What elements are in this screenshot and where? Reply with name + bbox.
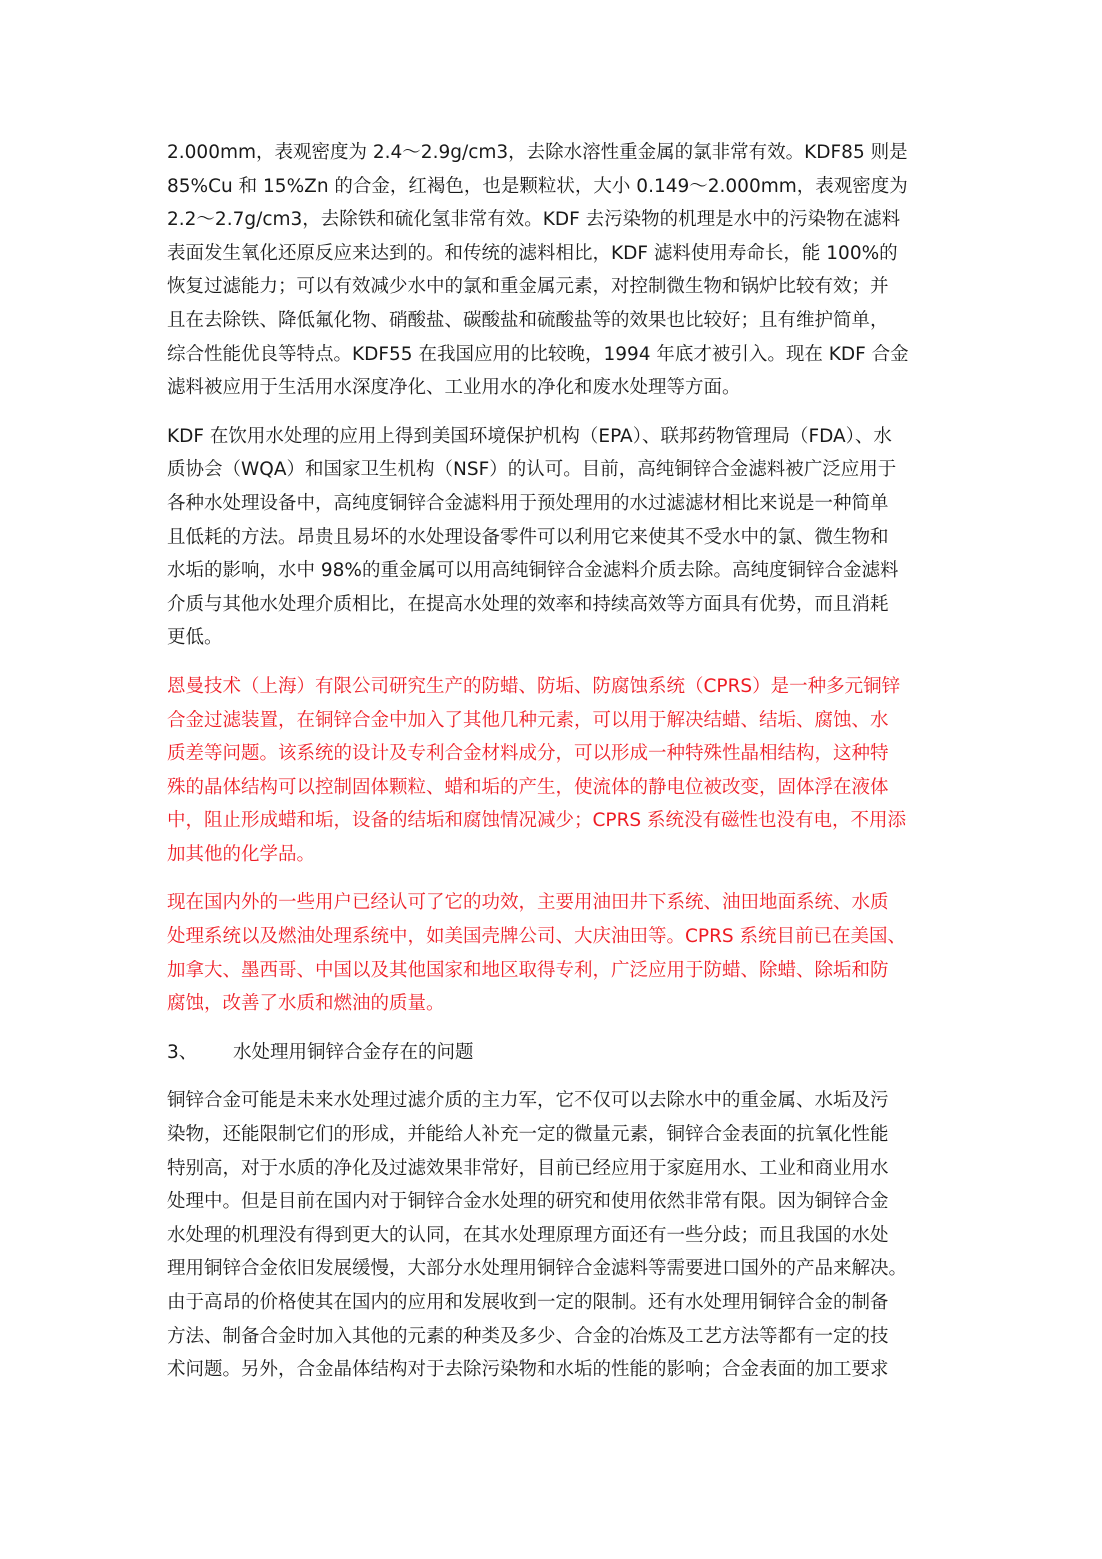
text-line: 且低耗的方法。昂贵且易坏的水处理设备零件可以利用它来使其不受水中的氯、微生物和 xyxy=(167,521,939,555)
text-line: 铜锌合金可能是未来水处理过滤介质的主力军，它不仅可以去除水中的重金属、水垢及污 xyxy=(167,1084,939,1118)
text-line: 合金过滤装置，在铜锌合金中加入了其他几种元素，可以用于解决结蜡、结垢、腐蚀、水 xyxy=(167,704,939,738)
text-line: 术问题。另外，合金晶体结构对于去除污染物和水垢的性能的影响；合金表面的加工要求 xyxy=(167,1353,939,1387)
document-page: 2.000mm，表观密度为 2.4～2.9g/cm3，去除水溶性重金属的氯非常有… xyxy=(167,136,939,1402)
text-line: 现在国内外的一些用户已经认可了它的功效，主要用油田井下系统、油田地面系统、水质 xyxy=(167,886,939,920)
text-line: 且在去除铁、降低氟化物、硝酸盐、碳酸盐和硫酸盐等的效果也比较好；且有维护简单， xyxy=(167,304,939,338)
text-line: 85%Cu 和 15%Zn 的合金，红褐色，也是颗粒状，大小 0.149～2.0… xyxy=(167,170,939,204)
text-line: 理用铜锌合金依旧发展缓慢，大部分水处理用铜锌合金滤料等需要进口国外的产品来解决。 xyxy=(167,1252,939,1286)
text-line: 染物，还能限制它们的形成，并能给人补充一定的微量元素，铜锌合金表面的抗氧化性能 xyxy=(167,1118,939,1152)
text-line: 表面发生氧化还原反应来达到的。和传统的滤料相比，KDF 滤料使用寿命长，能 10… xyxy=(167,237,939,271)
text-line: 2.000mm，表观密度为 2.4～2.9g/cm3，去除水溶性重金属的氯非常有… xyxy=(167,136,939,170)
text-line: 特别高，对于水质的净化及过滤效果非常好，目前已经应用于家庭用水、工业和商业用水 xyxy=(167,1152,939,1186)
text-line: 腐蚀，改善了水质和燃油的质量。 xyxy=(167,987,939,1021)
paragraph-problems: 铜锌合金可能是未来水处理过滤介质的主力军，它不仅可以去除水中的重金属、水垢及污 … xyxy=(167,1084,939,1386)
text-line: 水垢的影响，水中 98%的重金属可以用高纯铜锌合金滤料介质去除。高纯度铜锌合金滤… xyxy=(167,554,939,588)
text-line: 方法、制备合金时加入其他的元素的种类及多少、合金的冶炼及工艺方法等都有一定的技 xyxy=(167,1320,939,1354)
text-line: 加拿大、墨西哥、中国以及其他国家和地区取得专利，广泛应用于防蜡、除蜡、除垢和防 xyxy=(167,954,939,988)
text-line: 处理中。但是目前在国内对于铜锌合金水处理的研究和使用依然非常有限。因为铜锌合金 xyxy=(167,1185,939,1219)
text-line: 质差等问题。该系统的设计及专利合金材料成分，可以形成一种特殊性晶相结构，这种特 xyxy=(167,737,939,771)
text-line: 更低。 xyxy=(167,621,939,655)
text-line: 恩曼技术（上海）有限公司研究生产的防蜡、防垢、防腐蚀系统（CPRS）是一种多元铜… xyxy=(167,670,939,704)
text-line: 滤料被应用于生活用水深度净化、工业用水的净化和废水处理等方面。 xyxy=(167,371,939,405)
text-line: 处理系统以及燃油处理系统中，如美国壳牌公司、大庆油田等。CPRS 系统目前已在美… xyxy=(167,920,939,954)
paragraph-cprs-system: 恩曼技术（上海）有限公司研究生产的防蜡、防垢、防腐蚀系统（CPRS）是一种多元铜… xyxy=(167,670,939,872)
paragraph-kdf-properties: 2.000mm，表观密度为 2.4～2.9g/cm3，去除水溶性重金属的氯非常有… xyxy=(167,136,939,405)
text-line: 加其他的化学品。 xyxy=(167,838,939,872)
text-line: 各种水处理设备中，高纯度铜锌合金滤料用于预处理用的水过滤滤材相比来说是一种简单 xyxy=(167,487,939,521)
text-line: KDF 在饮用水处理的应用上得到美国环境保护机构（EPA）、联邦药物管理局（FD… xyxy=(167,420,939,454)
text-line: 介质与其他水处理介质相比，在提高水处理的效率和持续高效等方面具有优势，而且消耗 xyxy=(167,588,939,622)
text-line: 中，阻止形成蜡和垢，设备的结垢和腐蚀情况减少；CPRS 系统没有磁性也没有电，不… xyxy=(167,804,939,838)
text-line: 综合性能优良等特点。KDF55 在我国应用的比较晚，1994 年底才被引入。现在… xyxy=(167,338,939,372)
section-title: 水处理用铜锌合金存在的问题 xyxy=(233,1042,474,1063)
text-line: 殊的晶体结构可以控制固体颗粒、蜡和垢的产生，使流体的静电位被改变，固体浮在液体 xyxy=(167,771,939,805)
paragraph-kdf-certification: KDF 在饮用水处理的应用上得到美国环境保护机构（EPA）、联邦药物管理局（FD… xyxy=(167,420,939,655)
text-line: 水处理的机理没有得到更大的认同，在其水处理原理方面还有一些分歧；而且我国的水处 xyxy=(167,1219,939,1253)
text-line: 由于高昂的价格使其在国内的应用和发展收到一定的限制。还有水处理用铜锌合金的制备 xyxy=(167,1286,939,1320)
text-line: 恢复过滤能力；可以有效减少水中的氯和重金属元素，对控制微生物和锅炉比较有效；并 xyxy=(167,270,939,304)
text-line: 质协会（WQA）和国家卫生机构（NSF）的认可。目前，高纯铜锌合金滤料被广泛应用… xyxy=(167,453,939,487)
text-line: 2.2～2.7g/cm3，去除铁和硫化氢非常有效。KDF 去污染物的机理是水中的… xyxy=(167,203,939,237)
paragraph-cprs-usage: 现在国内外的一些用户已经认可了它的功效，主要用油田井下系统、油田地面系统、水质 … xyxy=(167,886,939,1020)
section-heading: 3、水处理用铜锌合金存在的问题 xyxy=(167,1036,939,1070)
section-number: 3、 xyxy=(167,1036,233,1070)
